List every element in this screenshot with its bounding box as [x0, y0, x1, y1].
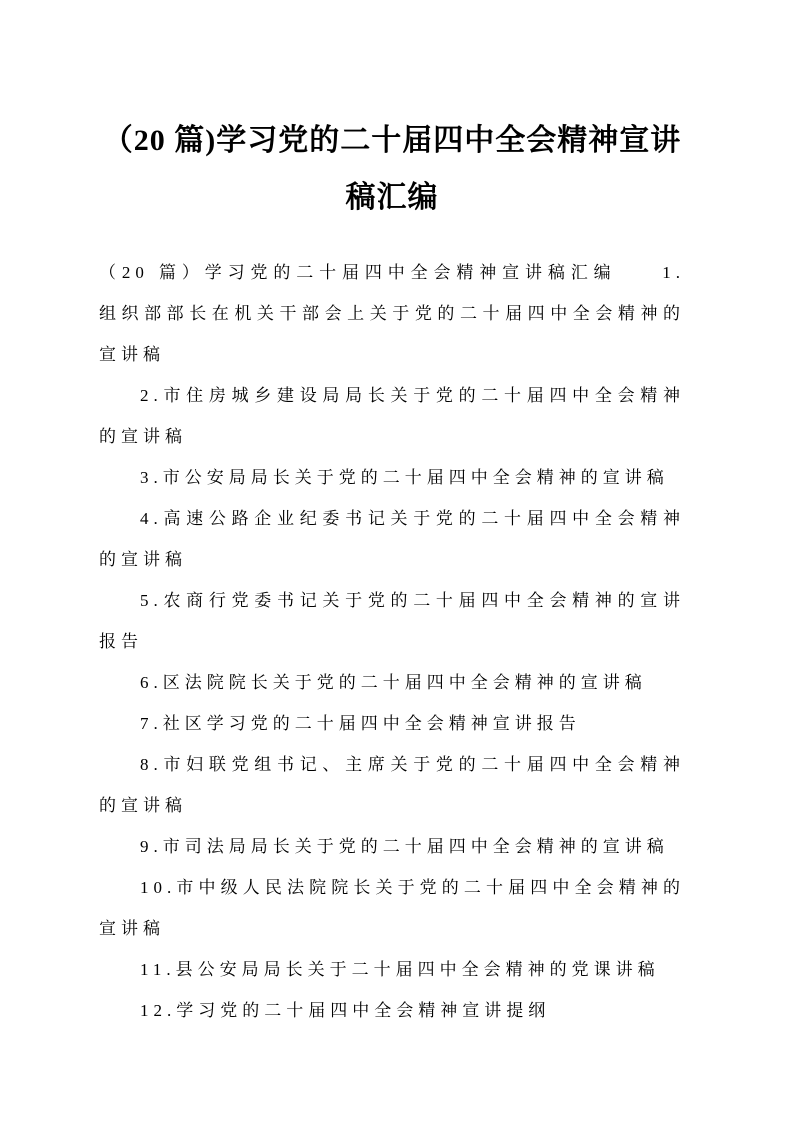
list-item-8: 8.市妇联党组书记、主席关于党的二十届四中全会精神的宣讲稿: [99, 744, 685, 826]
list-item-10: 10.市中级人民法院院长关于党的二十届四中全会精神的宣讲稿: [99, 867, 685, 949]
list-item-6: 6.区法院院长关于党的二十届四中全会精神的宣讲稿: [99, 662, 685, 703]
list-item-2: 2.市住房城乡建设局局长关于党的二十届四中全会精神的宣讲稿: [99, 375, 685, 457]
list-item-4: 4.高速公路企业纪委书记关于党的二十届四中全会精神的宣讲稿: [99, 498, 685, 580]
document-title: （20 篇)学习党的二十届四中全会精神宣讲稿汇编: [99, 112, 685, 226]
intro-and-item-1: （20 篇）学习党的二十届四中全会精神宣讲稿汇编 1.组织部部长在机关干部会上关…: [99, 252, 685, 375]
document-body: （20 篇）学习党的二十届四中全会精神宣讲稿汇编 1.组织部部长在机关干部会上关…: [99, 252, 685, 1031]
list-item-7: 7.社区学习党的二十届四中全会精神宣讲报告: [99, 703, 685, 744]
document-page: （20 篇)学习党的二十届四中全会精神宣讲稿汇编 （20 篇）学习党的二十届四中…: [0, 0, 793, 1122]
list-item-5: 5.农商行党委书记关于党的二十届四中全会精神的宣讲报告: [99, 580, 685, 662]
list-item-3: 3.市公安局局长关于党的二十届四中全会精神的宣讲稿: [99, 457, 685, 498]
list-item-9: 9.市司法局局长关于党的二十届四中全会精神的宣讲稿: [99, 826, 685, 867]
list-item-11: 11.县公安局局长关于二十届四中全会精神的党课讲稿: [99, 949, 685, 990]
list-item-12: 12.学习党的二十届四中全会精神宣讲提纲: [99, 990, 685, 1031]
